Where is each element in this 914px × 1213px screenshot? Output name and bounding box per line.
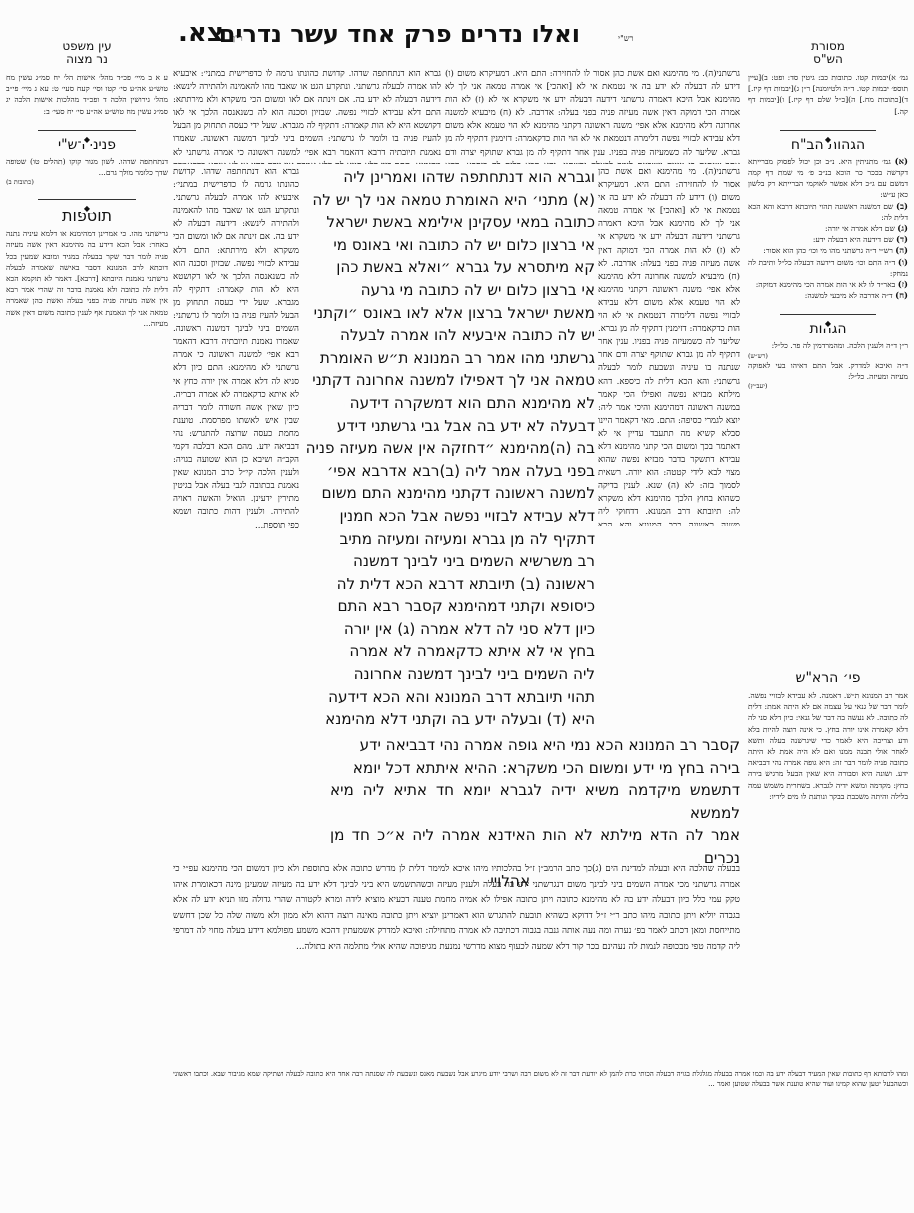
gemara-line: יש לה כתובה איבעיא להו אמרה לבעלה [305,324,595,347]
hagahot-text-1: ר״ן ד״ה ולענין הלכה. ומהמרדמין לה פר. כל… [748,340,908,351]
hagahot-text-2: ד״ה ואיכא למדרק. אבל התם דאיהו בעי לאפוק… [748,360,908,382]
gemara-line: טמאה אני לך דאפילו למשנה אחרונה דקתני [305,369,595,392]
ran-bottom: בבעלה שהלכה היא ובעלה למדינת הים (ג)כך כ… [173,862,740,1070]
gemara-line: (א) מתני׳ היא האומרת טמאה אני לך יש לה [305,189,595,212]
ornament-divider-icon: ◆ [748,311,908,317]
mesoret-text: גמ׳ א)יבמות קטו. כתובות כב: גיטין סד: ופ… [748,72,908,117]
gemara-line: לא מהימנא התם הוא דמשקרה דידעה [305,392,595,415]
ornament-divider-icon: ◆ [748,127,908,133]
gemara-line: דתשמש מיקדמה משיא ידיה לגברא יומא חד אתי… [330,779,740,824]
note-mark: (ו) [898,257,908,267]
hagahot-bach-item: (ב) שם דמשנה ראשונה תהוי תיובתא דרבא והא… [748,201,908,223]
pirush-harosh-text: אמר רב המנונא ת״ש. דאמנה. לא עבידא לבזוי… [748,690,908,802]
note-mark: (ח) [895,290,908,300]
hagahot-bach-list: (א) גמ׳ מתניתין היא. נ״ב וכן יכול לפסוק … [748,156,908,302]
gemara-line: דתקיף לה מן גברא ומעיזה ומעיזה מתיב [305,528,595,551]
gemara-line: כיסופא וקתני דמהימנא קסבר רבא התם [305,595,595,618]
ornament-divider-icon: ◆ [6,196,168,202]
pirush-harosh-title: פי׳ הרא"ש [748,670,908,686]
ran-text-continued: גברא הוא דנתחתפה שדהו. קדושת כהונתו גרמה… [173,167,299,531]
pirush-harosh: פי׳ הרא"ש אמר רב המנונא ת״ש. דאמנה. לא ע… [748,666,908,802]
gemara-line: אי ברצון כלום יש לה כתובה מי גרעה [305,279,595,302]
gemara-line: בפני בעלה אמר ליה (ב)רבא אדרבא אפי׳ [305,460,595,483]
note-mark: (א) [895,156,908,166]
gemara-line: למשנה ראשונה דקתני מהימנא התם משום [305,482,595,505]
penei-rashi-text: דנתחתפה שדהו. לשון מגור קוקו (תהלים טו) … [6,156,168,178]
note-text: שם דמשנה ראשונה תהוי תיובתא דרבא והא הכא… [748,202,908,222]
rashi-commentary: גרשתני(ה). מי מהימנא ואם אשת כהן אסור לו… [445,68,740,164]
left-margin: עין משפט נר מצוה ע א ב מיי׳ פכ״ד מהל׳ אי… [6,40,168,988]
gemara-line: קא מיתסרא על גברא ״ואלא באשת כהן [305,256,595,279]
hagahot-ref-2: (יעב״ץ) [748,382,908,390]
gemara-line: בחץ אי לא איתא כדקאמרה לא אמרה [305,640,595,663]
gemara-line: דלא עבידא לבזויי נפשה אבל הכא חמנין [305,505,595,528]
gemara-line: היא (ד) ובעלה ידע בה וקתני דלא מהימנא [305,708,595,731]
hagahot-bach-item: (ה) רש״י ד״ה גרשתני מהו מי וכו׳ כהן הוא … [748,245,908,256]
note-mark: (ה) [895,245,908,255]
hagahot-bach-item: (ז) באר״ד לו לא אי הות אמרה הכי מהימנא ד… [748,279,908,290]
note-text: רש״י ד״ה גרשתני מהו מי וכו׳ כהן הוא אסור… [763,246,893,255]
gemara-line: אי ברצון כלום יש לה כתובה ואי באונס מי [305,234,595,257]
note-text: שם דלא אמרה אי יורה: [825,224,895,233]
note-text: גמ׳ מתניתין היא. נ״ב וכן יכול לפסוק מברי… [748,157,908,200]
note-text: שם דידעה היא דבעלה ידע: [813,235,894,244]
note-text: ד״ה התם וכו׳ משום דידעה דבעלה כל״ל ותיבת… [748,258,908,278]
hagahot-bach-item: (ד) שם דידעה היא דבעלה ידע: [748,234,908,245]
rashi-text-continued: גרשתני(ה). מי מהימנא ואם אשת כהן אסור לו… [598,167,740,526]
gemara-line: כיון דלא סני לה דלא אמרה (ג) אין יורה [305,618,595,641]
rashi-commentary-lower: גרשתני(ה). מי מהימנא ואם אשת כהן אסור לו… [598,166,740,526]
hagahot-bach-item: (ח) ד״ה אדרבה לא מיבעי למשנה: [748,290,908,301]
ran-commentary: גברא הוא דנתחתפה שדהו. קדושת כהונתו גרמה… [173,68,441,164]
gemara-line: גרשתני מהו אמר רב המנונא ת״ש האומרת [305,347,595,370]
gemara-line: תהוי תיובתא דרב המנונא והא הכא דידעה [305,686,595,709]
note-text: ד״ה אדרבה לא מיבעי למשנה: [805,291,893,300]
gemara-line: בה (ה)מהימנא ״דחזקה אין אשה מעיזה פניה [305,437,595,460]
ein-mishpat-text: ע א ב מיי׳ פכ״ד מהל׳ אישות הל׳ יח סמ״ג ע… [6,72,168,117]
hagahot-bach-item: (ג) שם דלא אמרה אי יורה: [748,223,908,234]
gemara-text: וגברא הוא דנתחתפה שדהו ואמרינן ליה (א) מ… [305,166,595,731]
hagahot-ref-1: (רש״ש) [748,352,908,360]
tosafot-text: גרישתני מהו. כי אמרינן דמהימנא או דלמא ע… [6,228,168,988]
page-title: ואלו נדרים פרק אחד עשר נדרים [255,20,580,48]
gemara-line: ליה השמים ביני לבינך דמשנה אחרונה [305,663,595,686]
note-text: באר״ד לו לא אי הות אמרה הכי מהימנא דמוקה… [756,280,896,289]
ran-commentary-lower: גברא הוא דנתחתפה שדהו. קדושת כהונתו גרמה… [173,166,299,644]
gemara-line: ראשונה (ב) תיובתא דרבא הכא דלית לה [305,573,595,596]
note-mark: (ב) [896,201,908,211]
note-mark: (ג) [897,223,908,233]
hagahot-bach-item: (א) גמ׳ מתניתין היא. נ״ב וכן יכול לפסוק … [748,156,908,201]
note-mark: (ד) [896,234,908,244]
footer-note: ומהו לרבותא דף כתובות שאין המעיד דבעלה י… [173,1070,908,1124]
gemara-line: דבעלה לא ידע בה אבל גבי גרשתני דידע [305,415,595,438]
hashas-title: הש"ס [748,53,908,66]
gemara-line: בירה בחץ מי ידע ומשום הכי משקרא: ההיא אי… [330,757,740,780]
ner-mitzvah-title: נר מצוה [6,53,168,66]
rashi-header-label: רש"י [618,34,633,43]
gemara-line: כתובה במאי עסקינן אילימא באשת ישראל [305,211,595,234]
note-mark: (ז) [898,279,908,289]
gemara-line: רב משרשיא השמים ביני לבינך דמשנה [305,550,595,573]
gemara-line: מאשת ישראל ברצון אלא לאו באונס ״וקתני [305,302,595,325]
hagahot-bach-item: (ו) ד״ה התם וכו׳ משום דידעה דבעלה כל״ל ו… [748,257,908,279]
penei-rashi-ref: (כתובות ב) [6,178,168,186]
gemara-line: קסבר רב המנונא הכא נמי היא גופה אמרה נהי… [330,734,740,757]
ornament-divider-icon: ◆ [6,127,168,133]
gemara-line: וגברא הוא דנתחתפה שדהו ואמרינן ליה [305,166,595,189]
daf-number: צא. [178,18,224,48]
right-margin: מסורת הש"ס גמ׳ א)יבמות קטו. כתובות כב: ג… [748,40,908,390]
